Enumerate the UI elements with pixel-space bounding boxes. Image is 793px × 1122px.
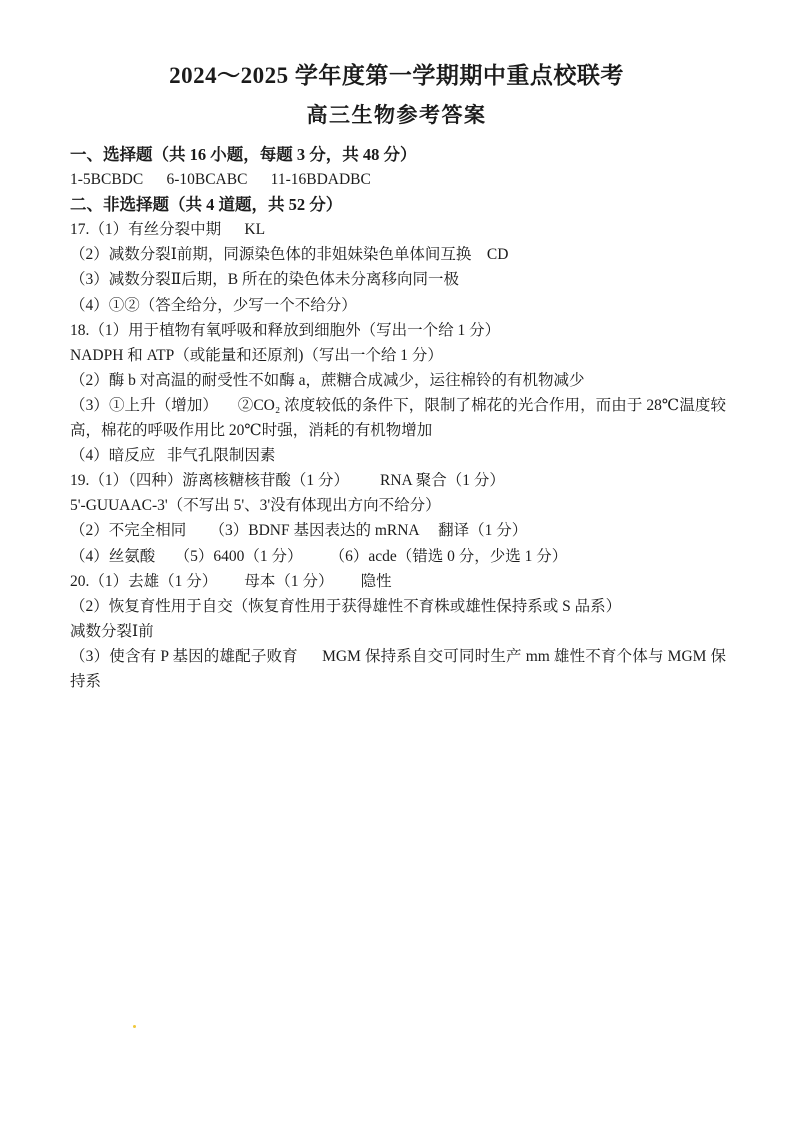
scan-artifact-dot xyxy=(133,1025,136,1028)
q18-answer-line-4: （3）①上升（增加） ②CO₂ 浓度较低的条件下，限制了棉花的光合作用，而由于 … xyxy=(70,393,726,443)
q18-answer-line-3: （2）酶 b 对高温的耐受性不如酶 a，蔗糖合成减少，运往棉铃的有机物减少 xyxy=(70,368,726,393)
multiple-choice-answers: 1-5BCBDC 6-10BCABC 11-16BDADBC xyxy=(70,167,726,192)
q20-answer-line-2: （2）恢复育性用于自交（恢复育性用于获得雄性不育株或雄性保持系或 S 品系） xyxy=(70,594,726,619)
document-subtitle: 高三生物参考答案 xyxy=(0,99,793,129)
document-title: 2024～2025 学年度第一学期期中重点校联考 xyxy=(0,57,793,90)
q17-answer-line-1: 17.（1）有丝分裂中期 KL xyxy=(70,217,726,242)
document-body: 一、选择题（共 16 小题，每题 3 分，共 48 分） 1-5BCBDC 6-… xyxy=(70,142,726,694)
q18-answer-line-5: （4）暗反应 非气孔限制因素 xyxy=(70,443,726,468)
q18-answer-line-2: NADPH 和 ATP（或能量和还原剂)（写出一个给 1 分） xyxy=(70,343,726,368)
q20-answer-line-3: 减数分裂Ⅰ前 xyxy=(70,619,726,644)
q20-answer-line-4: （3）使含有 P 基因的雄配子败育 MGM 保持系自交可同时生产 mm 雄性不育… xyxy=(70,644,726,694)
q17-answer-line-4: （4）①②（答全给分，少写一个不给分） xyxy=(70,293,726,318)
q19-answer-line-3: （2）不完全相同 （3）BDNF 基因表达的 mRNA 翻译（1 分） xyxy=(70,518,726,543)
section-2-heading: 二、非选择题（共 4 道题，共 52 分） xyxy=(70,192,726,217)
q18-answer-line-1: 18.（1）用于植物有氧呼吸和释放到细胞外（写出一个给 1 分） xyxy=(70,318,726,343)
q17-answer-line-3: （3）减数分裂Ⅱ后期，B 所在的染色体未分离移向同一极 xyxy=(70,267,726,292)
q19-answer-line-1: 19.（1）（四种）游离核糖核苷酸（1 分） RNA 聚合（1 分） xyxy=(70,468,726,493)
q19-answer-line-2: 5'-GUUAAC-3'（不写出 5'、3'没有体现出方向不给分） xyxy=(70,493,726,518)
section-1-heading: 一、选择题（共 16 小题，每题 3 分，共 48 分） xyxy=(70,142,726,167)
q17-answer-line-2: （2）减数分裂Ⅰ前期，同源染色体的非姐妹染色单体间互换 CD xyxy=(70,242,726,267)
q20-answer-line-1: 20.（1）去雄（1 分） 母本（1 分） 隐性 xyxy=(70,569,726,594)
answer-key-document-page: 2024～2025 学年度第一学期期中重点校联考 高三生物参考答案 一、选择题（… xyxy=(0,0,793,1122)
q19-answer-line-4: （4）丝氨酸 （5）6400（1 分） （6）acde（错选 0 分，少选 1 … xyxy=(70,544,726,569)
